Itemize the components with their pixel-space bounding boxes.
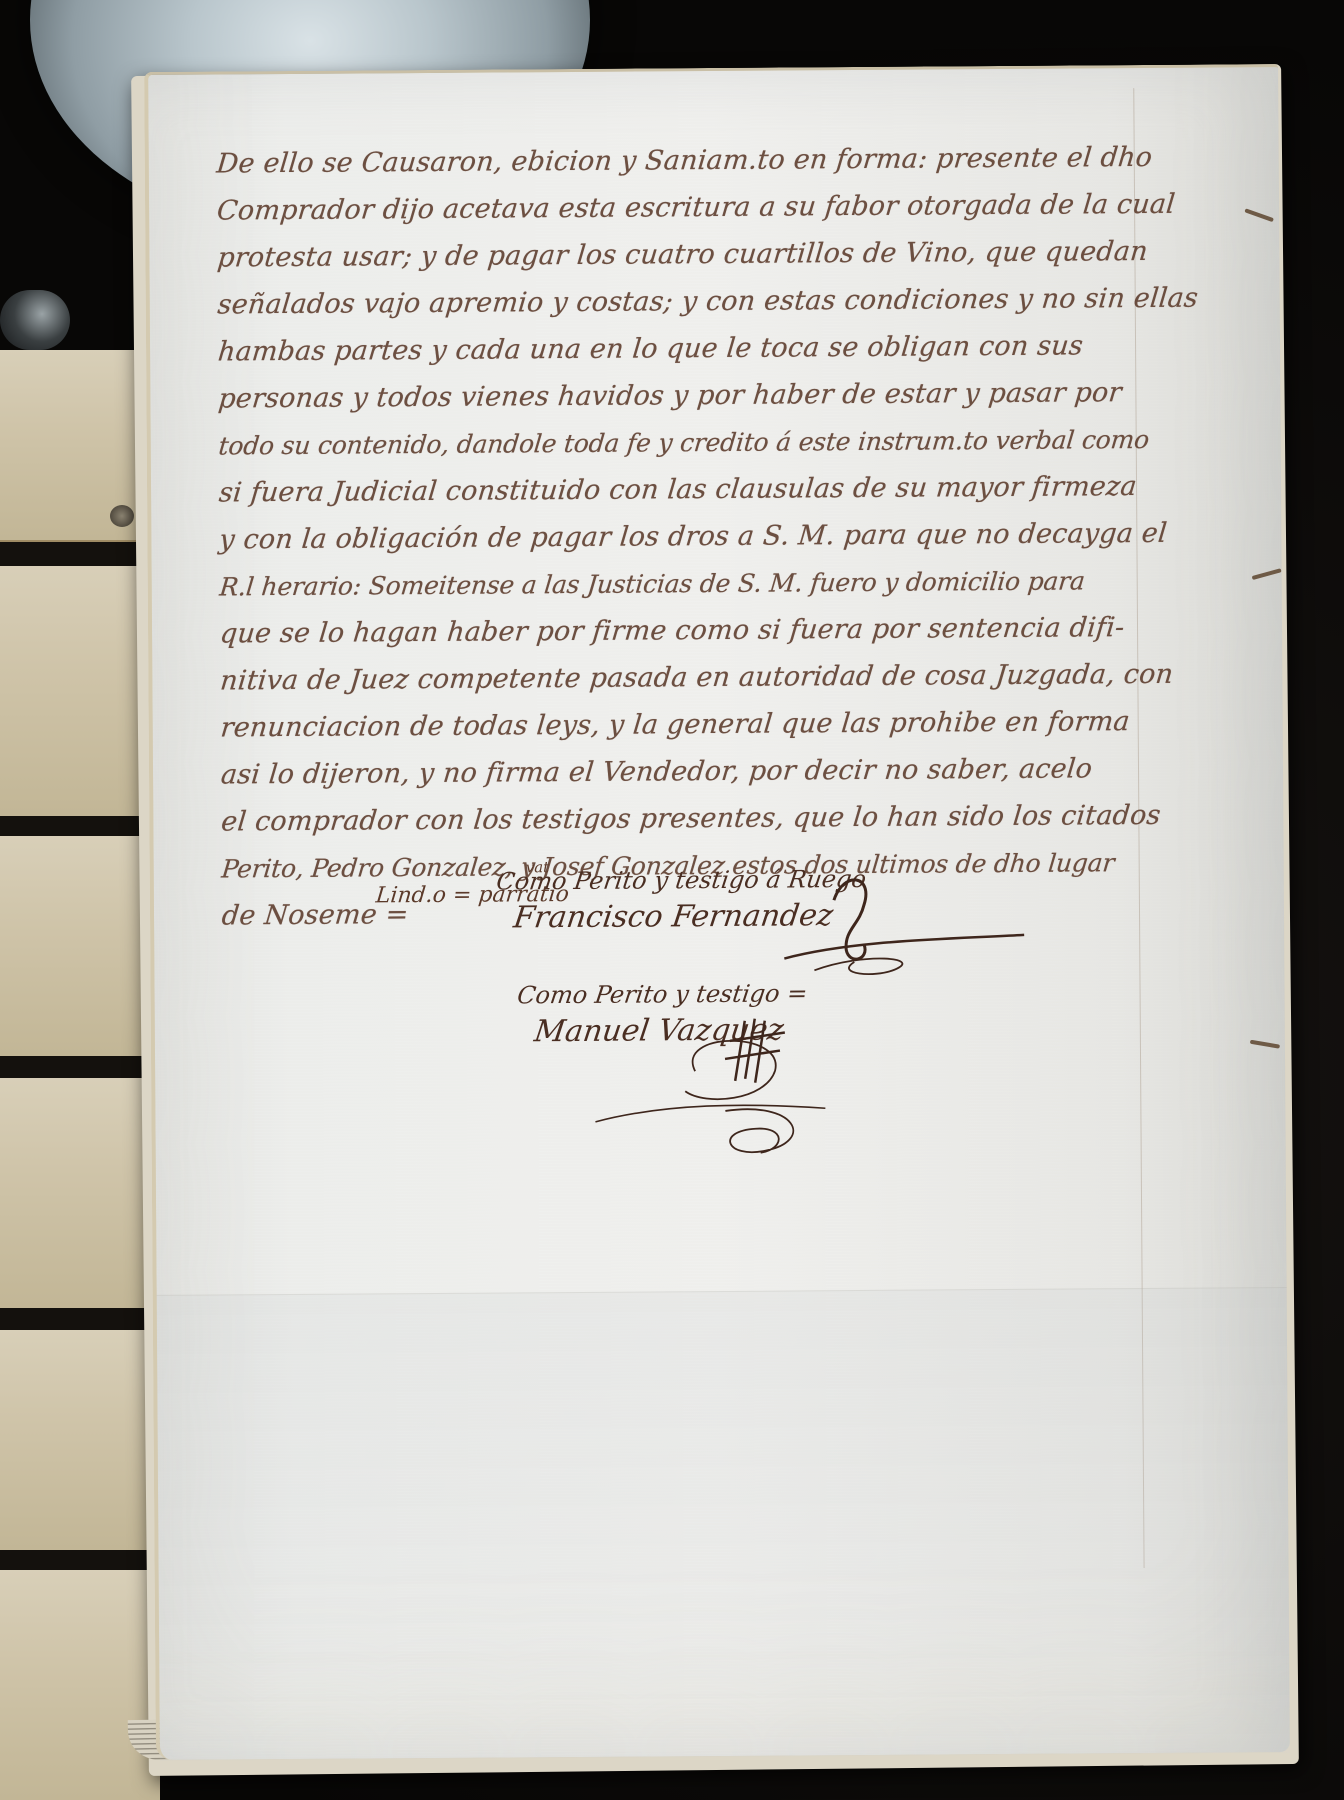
binding-string — [1252, 568, 1282, 580]
manuscript-line: señalados vajo apremio y costas; y con e… — [215, 275, 1150, 329]
manuscript-line: renunciacion de todas leys, y la general… — [218, 698, 1153, 752]
manuscript-line: nitiva de Juez competente pasada en auto… — [218, 651, 1153, 705]
crate-gap — [0, 1308, 160, 1330]
glass-handle — [0, 290, 70, 350]
signature-flourish-icon — [585, 1010, 846, 1172]
crate-gap — [0, 1056, 160, 1078]
manuscript-line: todo su contenido, dandole toda fe y cre… — [216, 416, 1151, 470]
manuscript-line: De ello se Causaron, ebicion y Saniam.to… — [214, 134, 1149, 188]
signature-caption: Como Perito y testigo = — [515, 976, 810, 1012]
binding-string — [1244, 208, 1274, 222]
manuscript-line: Comprador dijo acetava esta escritura a … — [215, 181, 1150, 235]
binding-string — [1250, 1040, 1280, 1049]
manuscript-line: R.l herario: Someitense a las Justicias … — [217, 557, 1152, 611]
manuscript-line: el comprador con los testigos presentes,… — [219, 792, 1154, 846]
page-lower-shade — [157, 1287, 1290, 1761]
manuscript-line: personas y todos vienes havidos y por ha… — [216, 369, 1151, 423]
photo-scene: De ello se Causaron, ebicion y Saniam.to… — [0, 0, 1344, 1800]
crate-gap — [0, 1550, 160, 1570]
manuscript-page: De ello se Causaron, ebicion y Saniam.to… — [144, 64, 1290, 1760]
crate-plank — [0, 1330, 160, 1553]
manuscript-line: que se lo hagan haber por firme como si … — [218, 604, 1153, 658]
crate-plank — [0, 836, 160, 1059]
crate-plank — [0, 1078, 160, 1311]
manuscript-line: protesta usar; y de pagar los cuatro cua… — [215, 228, 1150, 282]
manuscript-line: y con la obligación de pagar los dros a … — [217, 510, 1152, 564]
crate-gap — [0, 816, 160, 836]
manuscript-line: si fuera Judicial constituido con las cl… — [217, 463, 1152, 517]
signature-flourish-icon — [774, 869, 1035, 981]
crate-plank — [0, 1570, 160, 1800]
manuscript-body: De ello se Causaron, ebicion y Saniam.to… — [217, 134, 1153, 939]
manuscript-line: asi lo dijeron, y no firma el Vendedor, … — [219, 745, 1154, 799]
wood-knot — [110, 505, 134, 527]
manuscript-line: hambas partes y cada una en lo que le to… — [216, 322, 1151, 376]
